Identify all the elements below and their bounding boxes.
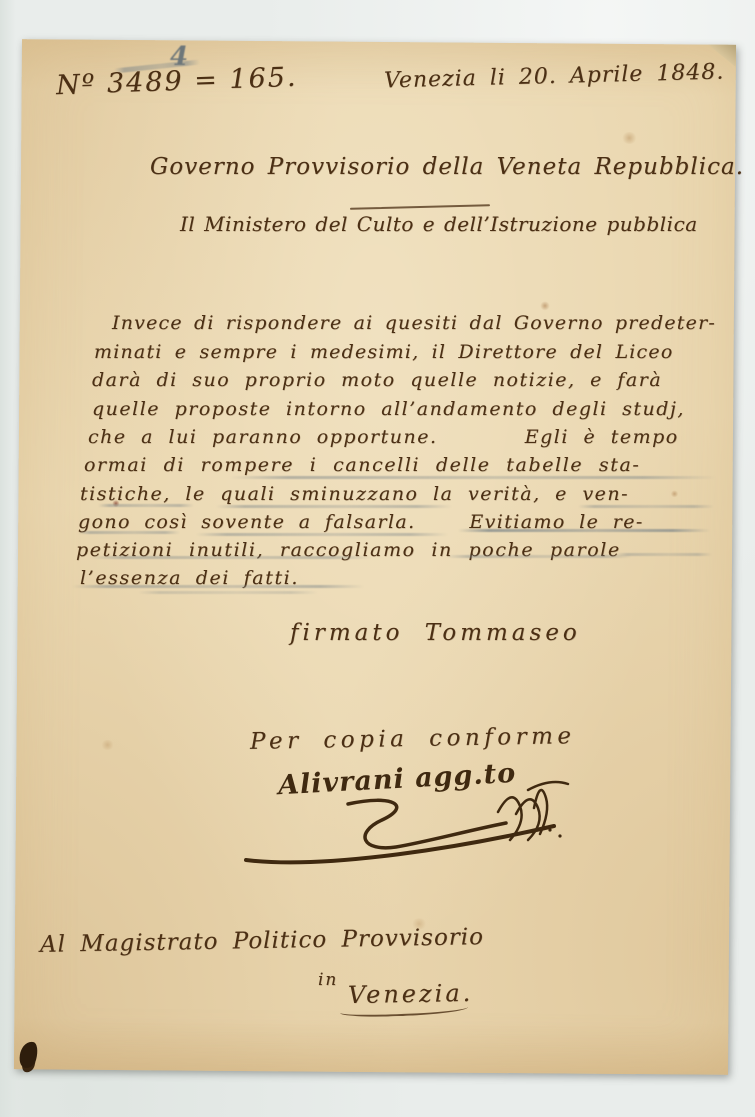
- signed-by-line: firmato Tommaseo: [290, 620, 581, 646]
- letter-content: 4 Nº 3489 = 165. Venezia li 20. Aprile 1…: [18, 42, 732, 1072]
- body-line: darà di suo proprio moto quelle notizie,…: [92, 369, 662, 391]
- scanned-letter: 4 Nº 3489 = 165. Venezia li 20. Aprile 1…: [0, 0, 755, 1117]
- body-line: tistiche, le quali sminuzzano la verità,…: [80, 483, 629, 505]
- pencil-underline: [230, 476, 716, 479]
- signature-flourish: [198, 742, 618, 872]
- pencil-underline: [78, 531, 180, 534]
- letterhead-government: Governo Provvisorio della Veneta Repubbl…: [150, 154, 744, 180]
- pencil-underline: [98, 504, 194, 507]
- reference-number: Nº 3489 = 165.: [56, 62, 298, 101]
- pencil-underline: [446, 555, 632, 558]
- heading-flourish: [350, 204, 490, 210]
- pencil-underline: [616, 553, 712, 556]
- pencil-underline: [90, 556, 372, 559]
- body-line: minati e sempre i medesimi, il Direttore…: [94, 341, 673, 363]
- pencil-underline: [72, 585, 364, 588]
- pencil-underline: [458, 529, 710, 532]
- recipient-in: in: [318, 970, 338, 990]
- body-line: quelle proposte intorno all’andamento de…: [92, 398, 685, 420]
- letterhead-ministry: Il Ministero del Culto e dell’Istruzione…: [180, 212, 698, 236]
- pencil-underline: [216, 505, 452, 508]
- body-line: che a lui paranno opportune. Egli è temp…: [88, 426, 679, 448]
- pencil-underline: [138, 591, 318, 594]
- recipient-line: Al Magistrato Politico Provvisorio: [40, 924, 484, 958]
- body-line: Invece di rispondere ai quesiti dal Gove…: [112, 312, 716, 334]
- pencil-underline: [578, 505, 714, 508]
- body-line: ormai di rompere i cancelli delle tabell…: [84, 454, 640, 476]
- dateline: Venezia li 20. Aprile 1848.: [384, 60, 725, 94]
- pencil-underline: [196, 533, 448, 536]
